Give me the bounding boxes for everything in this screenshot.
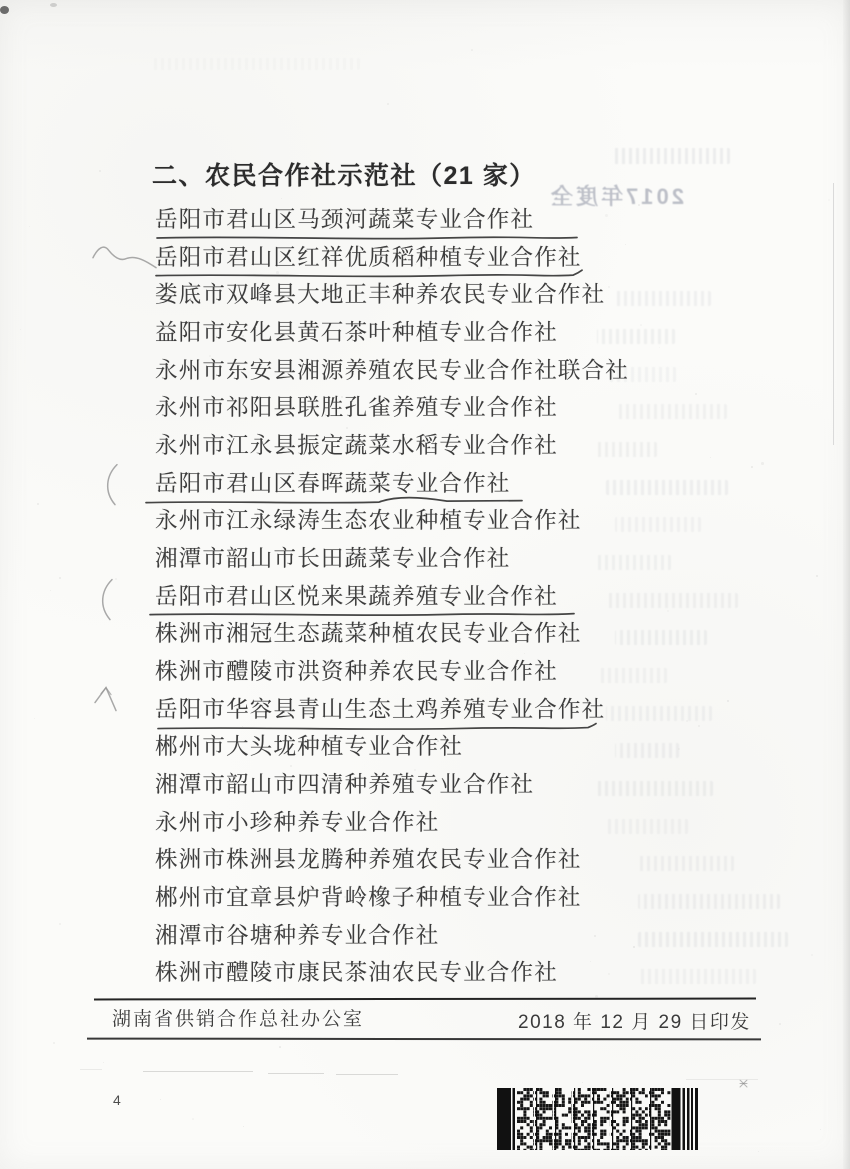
scan-speck — [192, 1118, 194, 1120]
bleedthrough-smudge — [615, 517, 701, 532]
scan-speck — [678, 748, 680, 750]
scan-speck — [608, 973, 610, 975]
list-item: 永州市江永县振定蔬菜水稻专业合作社 — [155, 428, 558, 458]
list-item: 岳阳市君山区悦来果蔬养殖专业合作社 — [155, 579, 558, 609]
scan-speck — [605, 214, 608, 217]
scan-speck — [727, 700, 729, 702]
scan-speck — [115, 578, 117, 580]
scan-speck — [242, 726, 243, 727]
list-item: 岳阳市君山区红祥优质稻种植专业合作社 — [155, 240, 582, 270]
scan-speck — [53, 1042, 55, 1044]
bleedthrough-smudge — [638, 894, 780, 909]
scan-speck — [59, 923, 61, 925]
scan-speck — [387, 103, 389, 105]
scan-speck — [751, 466, 753, 468]
scan-speck — [633, 946, 635, 948]
scan-speck — [686, 720, 688, 722]
list-item: 株洲市醴陵市洪资种养农民专业合作社 — [155, 654, 558, 684]
bleedthrough-smudge — [615, 630, 707, 645]
bleedthrough-smudge — [615, 743, 679, 758]
bleedthrough-smudge — [615, 404, 727, 419]
scan-speck — [625, 244, 626, 245]
scan-speck — [698, 725, 700, 727]
scan-speck — [695, 393, 697, 395]
bleedthrough-smudge — [597, 668, 667, 683]
list-item: 永州市小珍种养专业合作社 — [155, 805, 439, 835]
scan-speck — [590, 961, 591, 962]
scan-speck — [816, 575, 818, 577]
bleedthrough-smudge — [150, 58, 360, 70]
footer-print-date: 2018 年 12 月 29 日印发 — [518, 1007, 751, 1034]
bleedthrough-smudge — [606, 593, 738, 608]
scan-speck — [594, 935, 596, 937]
list-item: 永州市江永绿涛生态农业种植专业合作社 — [155, 503, 582, 533]
list-item: 郴州市宜章县炉背岭橡子种植专业合作社 — [155, 880, 582, 910]
bleedthrough-smudge — [638, 932, 788, 947]
bleedthrough-smudge — [597, 442, 657, 457]
fold-crease — [336, 1074, 398, 1075]
scan-speck — [659, 347, 660, 348]
list-item: 湘潭市韶山市四清种养殖专业合作社 — [155, 767, 534, 797]
scan-speck — [471, 49, 473, 51]
bleedthrough-smudge — [597, 555, 671, 570]
scan-speck — [667, 610, 669, 612]
scan-speck — [34, 718, 35, 719]
list-item: 湘潭市韶山市长田蔬菜专业合作社 — [155, 541, 511, 571]
bleedthrough-smudge — [606, 819, 688, 834]
footer-issuer: 湖南省供销合作总社办公室 — [112, 1004, 364, 1031]
section-title: 二、农民合作社示范社（21 家） — [152, 156, 536, 192]
scan-speck — [281, 198, 282, 199]
list-item: 永州市东安县湘源养殖农民专业合作社联合社 — [155, 353, 629, 383]
list-item: 株洲市湘冠生态蔬菜种植农民专业合作社 — [155, 616, 582, 646]
scan-speck — [640, 324, 642, 326]
scan-speck — [761, 462, 764, 465]
list-item: 娄底市双峰县大地正丰种养农民专业合作社 — [155, 277, 605, 307]
scan-speck — [50, 3, 57, 7]
list-item: 株洲市株洲县龙腾种养殖农民专业合作社 — [155, 842, 582, 872]
bleedthrough-smudge — [597, 329, 675, 344]
list-item: 株洲市醴陵市康民茶油农民专业合作社 — [155, 955, 558, 985]
scan-speck — [59, 577, 61, 579]
scanned-document-page: 2017年度全 二、农民合作社示范社（21 家） 岳阳市君山区马颈河蔬菜专业合作… — [0, 0, 850, 1169]
scan-speck — [37, 503, 39, 505]
footer-rule-top — [94, 998, 756, 1001]
scan-speck — [811, 954, 813, 956]
scan-speck — [758, 1151, 759, 1152]
bleedthrough-smudge — [638, 856, 734, 871]
bleedthrough-text: 2017年度全 — [548, 180, 684, 211]
fold-crease — [143, 1071, 253, 1072]
scan-speck — [608, 286, 610, 288]
fold-crease — [686, 1079, 758, 1080]
bleedthrough-smudge — [597, 781, 713, 796]
page-edge-shadow — [843, 0, 850, 1169]
scan-speck — [50, 590, 51, 591]
bleedthrough-smudge — [638, 969, 756, 984]
fold-crease — [268, 1073, 324, 1074]
fold-crease — [80, 1069, 102, 1070]
list-item: 益阳市安化县黄石茶叶种植专业合作社 — [155, 315, 558, 345]
page-number: 4 — [113, 1092, 121, 1108]
bleedthrough-smudge — [606, 480, 728, 495]
scan-speck — [243, 1126, 244, 1127]
list-item: 湘潭市谷塘种养专业合作社 — [155, 918, 439, 948]
scan-speck — [710, 457, 711, 458]
bleedthrough-smudge — [615, 291, 711, 306]
bleedthrough-smudge — [612, 148, 730, 164]
footer-rule-bottom — [87, 1038, 761, 1041]
bleedthrough-smudge — [606, 706, 712, 721]
list-item: 郴州市大头垅种植专业合作社 — [155, 729, 463, 759]
fold-line — [833, 183, 834, 445]
scan-speck — [0, 6, 9, 14]
scan-speck — [160, 1099, 161, 1100]
scan-speck — [779, 1023, 781, 1025]
scan-speck — [99, 170, 101, 172]
scan-speck — [638, 204, 640, 206]
scan-speck — [103, 1062, 104, 1063]
list-item: 永州市祁阳县联胜孔雀养殖专业合作社 — [155, 390, 558, 420]
scan-speck — [276, 271, 279, 274]
scan-speck — [828, 199, 830, 201]
scan-speck — [582, 1082, 583, 1083]
scan-speck — [29, 226, 30, 227]
scan-speck — [820, 1129, 821, 1130]
scan-speck — [20, 329, 21, 330]
barcode — [497, 1088, 700, 1150]
list-item: 岳阳市华容县青山生态土鸡养殖专业合作社 — [155, 692, 605, 722]
scan-speck — [279, 1046, 281, 1048]
list-item: 岳阳市君山区春晖蔬菜专业合作社 — [155, 466, 511, 496]
list-item: 岳阳市君山区马颈河蔬菜专业合作社 — [155, 202, 534, 232]
